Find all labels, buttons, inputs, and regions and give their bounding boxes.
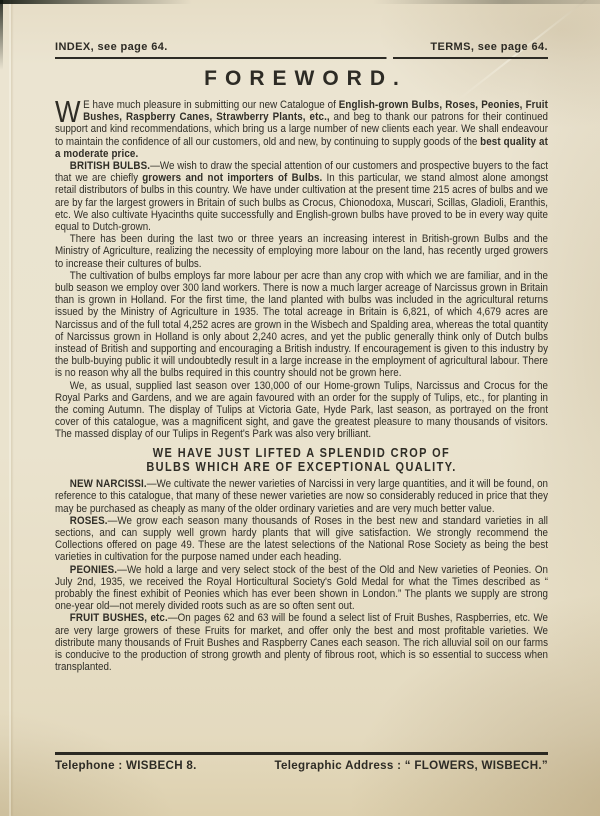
catalogue-page: INDEX, see page 64. TERMS, see page 64. … xyxy=(0,0,600,816)
crop-announcement-line: BULBS WHICH ARE OF EXCEPTIONAL QUALITY. xyxy=(55,460,548,474)
crop-announcement-line: WE HAVE JUST LIFTED A SPLENDID CROP OF xyxy=(55,446,548,460)
paragraph: NEW NARCISSI.—We cultivate the newer var… xyxy=(55,478,548,515)
text-run: E have much pleasure in submitting our n… xyxy=(83,99,339,111)
paragraph: ROSES.—We grow each season many thousand… xyxy=(55,515,548,564)
text-run: There has been during the last two or th… xyxy=(55,233,548,269)
drop-cap: W xyxy=(55,99,83,123)
bold-text-run: NEW NARCISSI. xyxy=(70,478,147,490)
paper-crease-left xyxy=(9,0,11,816)
paragraph: The cultivation of bulbs employs far mor… xyxy=(55,270,548,380)
page-header: INDEX, see page 64. TERMS, see page 64. xyxy=(55,41,548,53)
telephone-info: Telephone : WISBECH 8. xyxy=(55,759,235,772)
index-reference: INDEX, see page 64. xyxy=(55,41,168,53)
bold-text-run: BRITISH BULBS. xyxy=(70,160,150,172)
page-footer: Telephone : WISBECH 8. Telegraphic Addre… xyxy=(55,759,548,772)
text-run: —We hold a large and very select stock o… xyxy=(55,564,548,613)
foreword-body: WE have much pleasure in submitting our … xyxy=(55,99,548,673)
paragraph: BRITISH BULBS.—We wish to draw the speci… xyxy=(55,160,548,233)
terms-reference: TERMS, see page 64. xyxy=(430,41,548,53)
bold-text-run: FRUIT BUSHES, etc. xyxy=(70,612,168,624)
crop-announcement-heading: WE HAVE JUST LIFTED A SPLENDID CROP OFBU… xyxy=(55,446,548,474)
header-rule xyxy=(55,57,548,59)
paragraph: PEONIES.—We hold a large and very select… xyxy=(55,564,548,613)
footer-rule xyxy=(55,752,548,755)
bold-text-run: PEONIES. xyxy=(70,564,117,576)
paragraph: We, as usual, supplied last season over … xyxy=(55,380,548,441)
page-title: FOREWORD. xyxy=(55,67,548,91)
paragraph: WE have much pleasure in submitting our … xyxy=(55,99,548,160)
text-run: We, as usual, supplied last season over … xyxy=(55,380,548,441)
bold-text-run: ROSES. xyxy=(70,515,108,527)
paragraph: FRUIT BUSHES, etc.—On pages 62 and 63 wi… xyxy=(55,612,548,673)
text-run: The cultivation of bulbs employs far mor… xyxy=(55,270,548,380)
bold-text-run: growers and not importers of Bulbs. xyxy=(142,172,322,184)
text-run: —We grow each season many thousands of R… xyxy=(55,515,548,564)
paragraph: There has been during the last two or th… xyxy=(55,233,548,270)
telegraphic-address-info: Telegraphic Address : “ FLOWERS, WISBECH… xyxy=(275,759,549,772)
